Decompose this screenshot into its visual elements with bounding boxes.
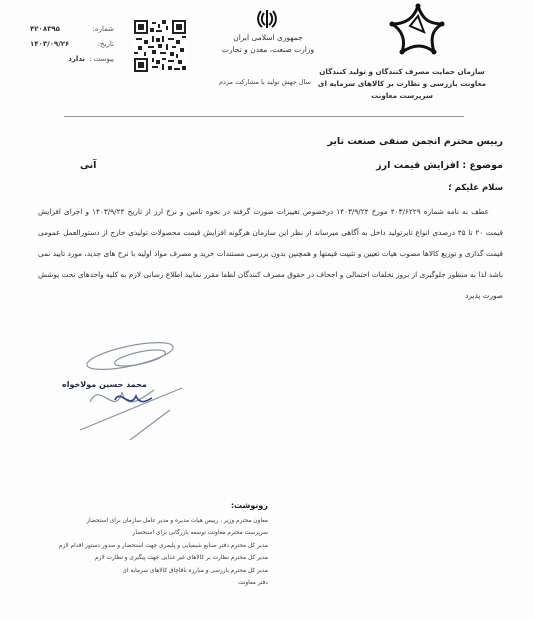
header-divider xyxy=(64,116,464,117)
letter-body-paragraph: عطف به نامه شماره ۴۰۳/۶۲۲۹ مورخ ۱۴۰۳/۹/۲… xyxy=(38,201,503,306)
attachment-value: ندارد xyxy=(68,52,85,67)
org-line-1: سازمان حمایت مصرف کنندگان و تولید کنندگا… xyxy=(307,66,497,78)
greeting: سلام علیکم ؛ xyxy=(448,183,503,193)
letter-body: عطف به نامه شماره ۴۰۳/۶۲۲۹ مورخ ۱۴۰۳/۹/۲… xyxy=(38,201,503,306)
subject: موضوع : افزایش قیمت ارز xyxy=(376,160,503,171)
attachment-label: پیوست : xyxy=(89,52,114,67)
letter-meta: شماره: ۴۲۰۸۳۹۵ تاریخ: ۱۴۰۳/۰۹/۲۶ پیوست :… xyxy=(30,22,114,67)
urgency-label: آنی xyxy=(80,160,96,171)
signature-scribble-icon xyxy=(60,340,190,440)
organization-name: سازمان حمایت مصرف کنندگان و تولید کنندگا… xyxy=(307,66,497,102)
cc-item: دفتر معاونت xyxy=(48,577,268,590)
attachment-row: پیوست : ندارد xyxy=(30,52,114,67)
cc-title: رونوشت: xyxy=(48,500,268,513)
ministry-line-2: وزارت صنعت، معدن و تجارت xyxy=(218,44,318,56)
year-slogan: سال جهش تولید با مشارکت مردم xyxy=(200,78,330,86)
ministry-line-1: جمهوری اسلامی ایران xyxy=(218,32,318,44)
letter-number-label: شماره: xyxy=(93,22,114,37)
letter-date-row: تاریخ: ۱۴۰۳/۰۹/۲۶ xyxy=(30,37,114,52)
letter-date-value: ۱۴۰۳/۰۹/۲۶ xyxy=(30,37,69,52)
letter-page: سازمان حمایت مصرف کنندگان و تولید کنندگا… xyxy=(0,0,533,619)
cc-item: سرپرست محترم معاونت توسعه بازرگانی برای … xyxy=(48,527,268,540)
signer-name: محمد حسین مولاخواه xyxy=(62,380,147,389)
iran-emblem-icon xyxy=(255,8,279,30)
letter-number-row: شماره: ۴۲۰۸۳۹۵ xyxy=(30,22,114,37)
cc-items: معاون محترم وزیر ، رییس هیات مدیره و مدی… xyxy=(48,515,268,590)
cc-item: مدیر کل محترم بازرسی و مبارزه باقاچاق کا… xyxy=(48,565,268,578)
letter-date-label: تاریخ: xyxy=(98,37,114,52)
cc-item: معاون محترم وزیر ، رییس هیات مدیره و مدی… xyxy=(48,515,268,528)
ministry-name: جمهوری اسلامی ایران وزارت صنعت، معدن و ت… xyxy=(218,32,318,56)
cc-item: مدیر کل محترم دفتر صنایع شیمیایی و پلیمر… xyxy=(48,540,268,553)
recipient: رییس محترم انجمن صنفی صنعت تایر xyxy=(327,136,503,147)
cc-item: مدیر کل محترم نظارت بر کالاهای غیر غذایی… xyxy=(48,552,268,565)
org-line-2: معاونت بازرسی و نظارت بر کالاهای سرمایه … xyxy=(307,78,497,90)
cc-list: رونوشت: معاون محترم وزیر ، رییس هیات مدی… xyxy=(48,500,268,590)
qr-code-icon xyxy=(134,20,186,72)
organization-star-logo-icon xyxy=(388,2,448,56)
letter-number-value: ۴۲۰۸۳۹۵ xyxy=(30,22,60,37)
org-line-3: سرپرست معاونت xyxy=(307,90,497,102)
